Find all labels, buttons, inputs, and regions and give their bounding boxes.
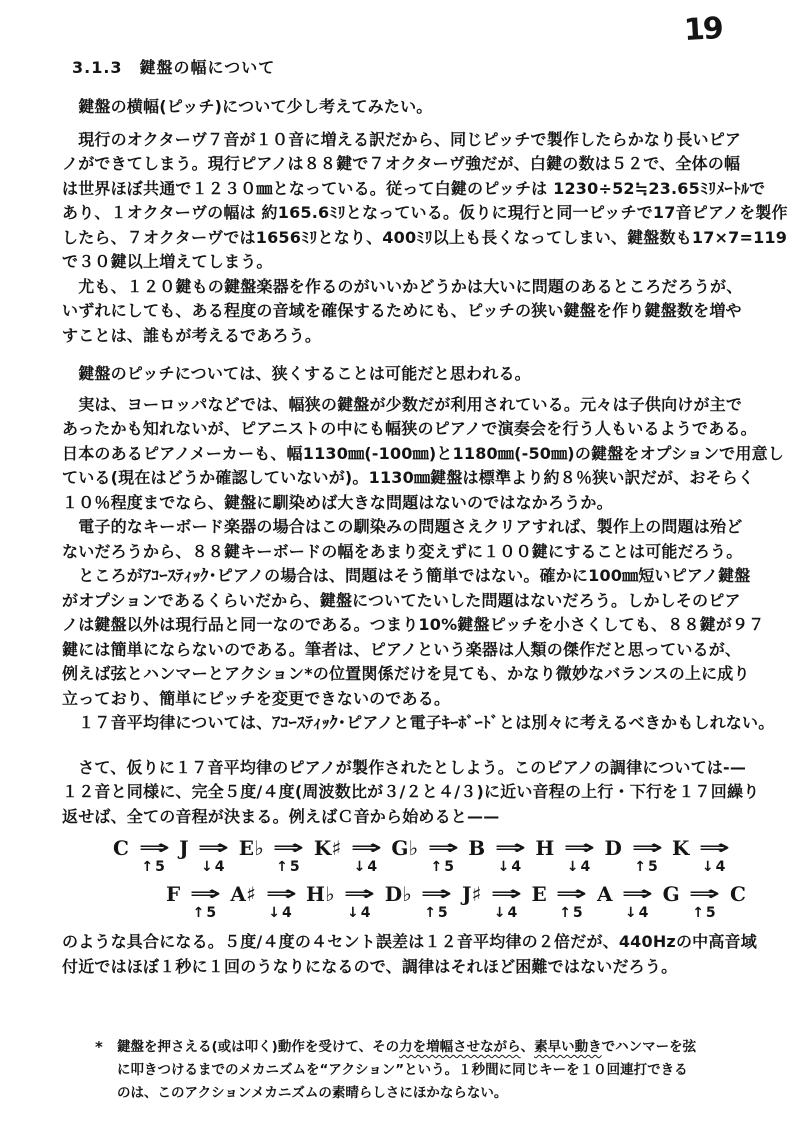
text-line: ている(現在はどうか確認していないが)。1130㎜鍵盤は標準より約８％狭い訳だが…	[62, 466, 762, 491]
paragraph: 尤も、１２０鍵もの鍵盤楽器を作るのがいいかどうかは大いに問題のあるところだろうが…	[62, 275, 762, 349]
page-number: 19	[683, 11, 723, 48]
note-label: A♯	[229, 882, 257, 906]
text-line: いずれにしても、ある程度の音域を確保するためにも、ピッチの狭い鍵盤を作り鍵盤数を…	[62, 299, 762, 324]
double-arrow-icon: ⇒	[689, 882, 721, 904]
text-line: 電子的なキーボード楽器の場合はこの馴染みの問題さえクリアすれば、製作上の問題は殆…	[62, 515, 762, 540]
arrow-group: ⇒↑5	[265, 836, 313, 875]
footnote-text: 鍵盤を押さえる(或は叩く)動作を受けて、その力を増幅させながら、素早い動きでハン…	[117, 1036, 696, 1105]
arrow-group: ⇒↑5	[548, 882, 596, 921]
paragraph: さて、仮りに１７音平均律のピアノが製作されたとしよう。このピアノの調律については…	[62, 756, 762, 830]
paragraph-gap	[62, 348, 762, 362]
text-line: 日本のあるピアノメーカーも、幅1130㎜(-100㎜)と1180㎜(-50㎜)の…	[62, 442, 762, 467]
double-arrow-icon: ⇒	[421, 882, 453, 904]
interval-label: ↑5	[424, 905, 449, 921]
interval-label: ↓4	[702, 859, 727, 875]
footnote-text-segment: 、	[521, 1039, 535, 1055]
text-line: １７音平均律については、ｱｺｰｽﾃｨｯｸ･ピアノと電子ｷｰﾎﾞｰﾄﾞとは別々に考…	[62, 711, 762, 736]
double-arrow-icon: ⇒	[265, 882, 297, 904]
text-line: 例えば弦とハンマーとアクション*の位置関係だけを見ても、かなり微妙なバランスの上…	[62, 662, 762, 687]
interval-label: ↓4	[201, 859, 226, 875]
arrow-group: ⇒↑5	[413, 882, 461, 921]
arrow-group: ⇒↓4	[482, 882, 530, 921]
footnote-line: 鍵盤を押さえる(或は叩く)動作を受けて、その力を増幅させながら、素早い動きでハン…	[117, 1036, 696, 1059]
interval-label: ↑5	[193, 905, 218, 921]
double-arrow-icon: ⇒	[699, 836, 731, 858]
paragraph: 鍵盤のピッチについては、狭くすることは可能だと思われる。	[62, 362, 762, 387]
note-label: H♭	[305, 882, 336, 906]
diagram-row: F⇒↑5A♯⇒↓4H♭⇒↓4D♭⇒↑5J♯⇒↓4E⇒↑5A⇒↓4G⇒↑5C	[165, 882, 762, 921]
text-line: で３０鍵以上増えてしまう。	[62, 250, 762, 275]
arrow-group: ⇒↓4	[190, 836, 238, 875]
text-line: のような具合になる。５度/４度の４セント誤差は１２音平均律の２倍だが、440Hz…	[62, 930, 762, 955]
interval-label: ↑5	[634, 859, 659, 875]
double-arrow-icon: ⇒	[631, 836, 663, 858]
interval-label: ↑5	[276, 859, 301, 875]
text-line: がオプションであるくらいだから、鍵盤についてたいした問題はないだろう。しかしその…	[62, 589, 762, 614]
arrow-group: ⇒↓4	[691, 836, 739, 875]
double-arrow-icon: ⇒	[563, 836, 595, 858]
double-arrow-icon: ⇒	[350, 836, 382, 858]
text-line: 尤も、１２０鍵もの鍵盤楽器を作るのがいいかどうかは大いに問題のあるところだろうが…	[62, 275, 762, 300]
paragraph: 鍵盤の横幅(ピッチ)について少し考えてみたい。	[62, 95, 762, 120]
text-line: すことは、誰もが考えるであろう。	[62, 324, 762, 349]
arrow-group: ⇒↓4	[555, 836, 603, 875]
double-arrow-icon: ⇒	[198, 836, 230, 858]
diagram-row: C⇒↑5J⇒↓4E♭⇒↑5K♯⇒↓4G♭⇒↑5B⇒↓4H⇒↓4D⇒↑5K⇒↓4	[112, 836, 762, 875]
paragraph: 電子的なキーボード楽器の場合はこの馴染みの問題さえクリアすれば、製作上の問題は殆…	[62, 515, 762, 564]
interval-label: ↓4	[354, 859, 379, 875]
note-label: G♭	[390, 836, 419, 860]
interval-label: ↓4	[498, 859, 523, 875]
text-line: 鍵には簡単にならないのである。筆者は、ピアノという楽器は人類の傑作だと思っている…	[62, 638, 762, 663]
arrow-group: ⇒↓4	[486, 836, 534, 875]
note-label: E	[530, 882, 547, 906]
wavy-underline-text: 素早い動き	[534, 1039, 602, 1055]
paragraph: ところがｱｺｰｽﾃｨｯｸ･ピアノの場合は、問題はそう簡単ではない。確かに100㎜…	[62, 564, 762, 711]
interval-label: ↓4	[494, 905, 519, 921]
note-label: G	[662, 882, 681, 906]
note-label: H	[534, 836, 555, 860]
double-arrow-icon: ⇒	[490, 882, 522, 904]
paragraph: １７音平均律については、ｱｺｰｽﾃｨｯｸ･ピアノと電子ｷｰﾎﾞｰﾄﾞとは別々に考…	[62, 711, 762, 736]
arrow-group: ⇒↑5	[130, 836, 178, 875]
note-label: B	[467, 836, 486, 860]
footnote-line: のは、このアクションメカニズムの素晴らしさにほかならない。	[117, 1082, 696, 1105]
arrow-group: ⇒↑5	[623, 836, 671, 875]
interval-label: ↓4	[347, 905, 372, 921]
note-label: C	[729, 882, 747, 906]
note-label: A	[596, 882, 614, 906]
text-line: は世界ほぼ共通で１２３０㎜となっている。従って白鍵のピッチは 1230÷52≒2…	[62, 177, 762, 202]
text-line: 付近ではほぼ１秒に１回のうなりになるので、調律はそれほど困難ではないだろう。	[62, 955, 762, 980]
text-line: ないだろうから、８８鍵キーボードの幅をあまり変えずに１００鍵にすることは可能だろ…	[62, 540, 762, 565]
paragraph: 実は、ヨーロッパなどでは、幅狭の鍵盤が少数だが利用されている。元々は子供向けが主…	[62, 393, 762, 516]
double-arrow-icon: ⇒	[273, 836, 305, 858]
interval-label: ↓4	[567, 859, 592, 875]
footnote-marker: *	[95, 1036, 117, 1105]
arrow-group: ⇒↑5	[681, 882, 729, 921]
text-line: 返せば、全ての音程が決まる。例えばＣ音から始めると——	[62, 805, 762, 830]
arrow-group: ⇒↓4	[257, 882, 305, 921]
interval-label: ↑5	[431, 859, 456, 875]
paragraph: のような具合になる。５度/４度の４セント誤差は１２音平均律の２倍だが、440Hz…	[62, 930, 762, 979]
section-heading: 3.1.3 鍵盤の幅について	[72, 55, 275, 78]
note-label: J	[178, 836, 190, 860]
text-line: 実は、ヨーロッパなどでは、幅狭の鍵盤が少数だが利用されている。元々は子供向けが主…	[62, 393, 762, 418]
footnote-line: に叩きつけるまでのメカニズムを“アクション”という。１秒間に同じキーを１０回連打…	[117, 1059, 696, 1082]
arrow-group: ⇒↓4	[614, 882, 662, 921]
text-line: １０％程度までなら、鍵盤に馴染めば大きな問題はないのではなかろうか。	[62, 491, 762, 516]
interval-label: ↓4	[625, 905, 650, 921]
arrow-group: ⇒↓4	[336, 882, 384, 921]
note-label: J♯	[461, 882, 483, 906]
text-line: したら、７オクターヴでは1656ﾐﾘとなり、400ﾐﾘ以上も長くなってしまい、鍵…	[62, 226, 762, 251]
tuning-cycle-diagram: C⇒↑5J⇒↓4E♭⇒↑5K♯⇒↓4G♭⇒↑5B⇒↓4H⇒↓4D⇒↑5K⇒↓4F…	[112, 836, 762, 921]
text-line: 鍵盤のピッチについては、狭くすることは可能だと思われる。	[62, 362, 762, 387]
text-line: 立っており、簡単にピッチを変更できないのである。	[62, 687, 762, 712]
footnote-text-segment: でハンマーを弦	[602, 1039, 697, 1055]
text-line: さて、仮りに１７音平均律のピアノが製作されたとしよう。このピアノの調律については…	[62, 756, 762, 781]
footnote: * 鍵盤を押さえる(或は叩く)動作を受けて、その力を増幅させながら、素早い動きで…	[95, 1036, 750, 1105]
arrow-group: ⇒↓4	[342, 836, 390, 875]
footnote-text-segment: に叩きつけるまでのメカニズムを“アクション”という。１秒間に同じキーを１０回連打…	[117, 1062, 688, 1078]
double-arrow-icon: ⇒	[344, 882, 376, 904]
arrow-group: ⇒↑5	[181, 882, 229, 921]
double-arrow-icon: ⇒	[622, 882, 654, 904]
interval-label: ↑5	[692, 905, 717, 921]
text-line: ところがｱｺｰｽﾃｨｯｸ･ピアノの場合は、問題はそう簡単ではない。確かに100㎜…	[62, 564, 762, 589]
double-arrow-icon: ⇒	[427, 836, 459, 858]
footnote-text-segment: 鍵盤を押さえる(或は叩く)動作を受けて、その	[117, 1039, 399, 1055]
wavy-underline-text: 力を増幅させながら	[399, 1039, 521, 1055]
interval-label: ↑5	[141, 859, 166, 875]
paragraph-gap	[62, 736, 762, 756]
text-line: ノは鍵盤以外は現行品と同一なのである。つまり10%鍵盤ピッチを小さくしても、８８…	[62, 613, 762, 638]
double-arrow-icon: ⇒	[494, 836, 526, 858]
double-arrow-icon: ⇒	[138, 836, 170, 858]
interval-label: ↓4	[268, 905, 293, 921]
note-label: C	[112, 836, 130, 860]
body-text: 鍵盤の横幅(ピッチ)について少し考えてみたい。 現行のオクターヴ７音が１０音に増…	[62, 95, 762, 979]
note-label: E♭	[238, 836, 265, 860]
note-label: F	[165, 882, 181, 906]
note-label: D	[603, 836, 623, 860]
note-label: K♯	[313, 836, 342, 860]
double-arrow-icon: ⇒	[189, 882, 221, 904]
footnote-text-segment: のは、このアクションメカニズムの素晴らしさにほかならない。	[117, 1085, 507, 1101]
text-line: あったかも知れないが、ピアニストの中にも幅狭のピアノで演奏会を行う人もいるようで…	[62, 417, 762, 442]
double-arrow-icon: ⇒	[556, 882, 588, 904]
note-label: D♭	[384, 882, 413, 906]
text-line: 現行のオクターヴ７音が１０音に増える訳だから、同じピッチで製作したらかなり長いピ…	[62, 128, 762, 153]
paragraph: 現行のオクターヴ７音が１０音に増える訳だから、同じピッチで製作したらかなり長いピ…	[62, 128, 762, 275]
interval-label: ↑5	[559, 905, 584, 921]
note-label: K	[671, 836, 691, 860]
document-page: 19 3.1.3 鍵盤の幅について 鍵盤の横幅(ピッチ)について少し考えてみたい…	[0, 0, 808, 1125]
text-line: ノができてしまう。現行ピアノは８８鍵で７オクターヴ強だが、白鍵の数は５２で、全体…	[62, 152, 762, 177]
arrow-group: ⇒↑5	[419, 836, 467, 875]
text-line: １２音と同様に、完全５度/４度(周波数比が３/２と４/３)に近い音程の上行・下行…	[62, 780, 762, 805]
text-line: あり、１オクターヴの幅は 約165.6ﾐﾘとなっている。仮りに現行と同一ピッチで…	[62, 201, 762, 226]
text-line: 鍵盤の横幅(ピッチ)について少し考えてみたい。	[62, 95, 762, 120]
